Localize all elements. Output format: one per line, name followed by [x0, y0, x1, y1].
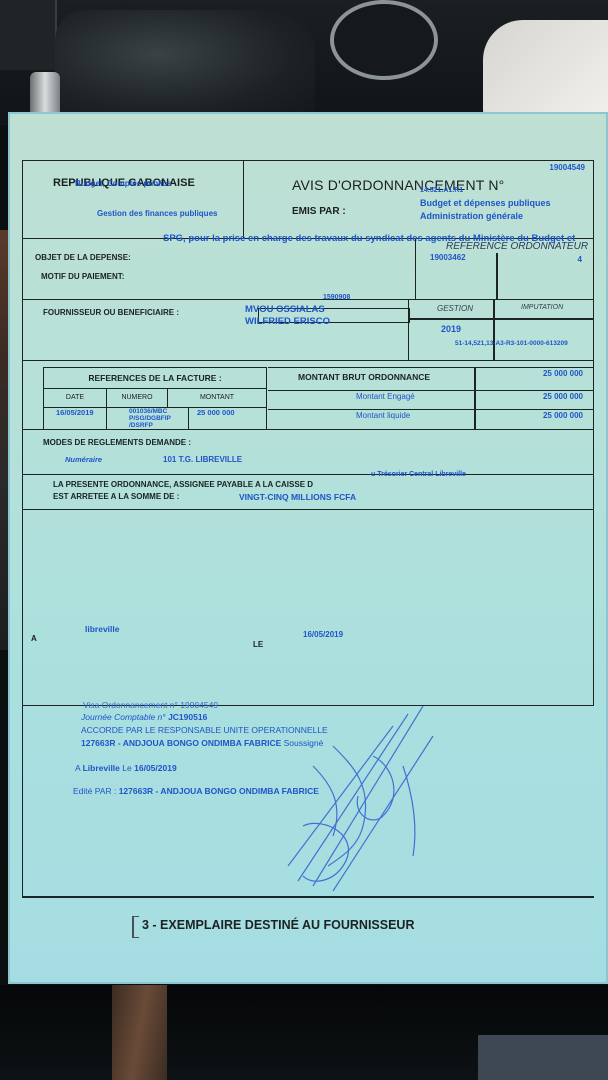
invoice-amount-cell: 25 000 000	[189, 408, 266, 430]
invoice-date-cell: 16/05/2019	[44, 408, 107, 430]
supplier-section: FOURNISSEUR OU BENEFICIAIRE : 1590908 MV…	[22, 300, 594, 361]
amount-statement-section: u Trésorier Central Libreville LA PRESEN…	[22, 475, 594, 510]
gestion-value: 2019	[441, 324, 461, 334]
gross-amount-value: 25 000 000	[543, 369, 583, 378]
supplier-name-line-2: WILFRIED ERISCO	[245, 316, 330, 327]
net-amount-row: Montant liquide 25 000 000	[268, 410, 593, 430]
net-amount-label: Montant liquide	[356, 411, 410, 420]
issued-by-label: EMIS PAR :	[292, 206, 346, 217]
issuer-line-1: Budget et dépenses publiques	[420, 198, 551, 208]
form-sheet: REPUBLIQUE GABONAISE Budget, Comptes pub…	[22, 160, 594, 898]
date-label: LE	[253, 640, 263, 649]
invoice-references-table: REFERENCES DE LA FACTURE : DATE NUMERO M…	[43, 367, 267, 430]
column-header-montant: MONTANT	[168, 389, 266, 407]
amounts-table: MONTANT BRUT ORDONNANCE 25 000 000 Monta…	[268, 367, 593, 430]
document-title: AVIS D'ORDONNANCEMENT N°	[292, 177, 504, 193]
journal-line: Journée Comptable n° JC190516	[81, 712, 207, 722]
journal-label: Journée Comptable n°	[81, 712, 166, 722]
committed-amount-label: Montant Engagé	[356, 392, 415, 401]
journal-value: JC190516	[168, 712, 207, 722]
supplier-label: FOURNISSEUR OU BENEFICIAIRE :	[43, 308, 179, 317]
statement-line-2: EST ARRETEE A LA SOMME DE :	[53, 492, 179, 501]
signatory-name: 127663R - ANDJOUA BONGO ONDIMBA FABRICE	[81, 738, 281, 748]
invoice-date: 16/05/2019	[44, 408, 94, 417]
signed-at-le: Le	[122, 763, 131, 773]
dashboard-console	[55, 10, 315, 120]
treasury-office: 101 T.G. LIBREVILLE	[163, 455, 242, 464]
ordonnateur-reference-box: REFERENCE ORDONNATEUR 19003462 4	[415, 239, 594, 299]
divider	[496, 253, 498, 299]
place-value: libreville	[85, 624, 120, 634]
ordonnateur-reference-label: REFERENCE ORDONNATEUR	[446, 241, 588, 252]
divider	[409, 318, 594, 320]
air-vent	[330, 0, 438, 80]
supplier-id: 1590908	[323, 294, 350, 301]
payment-reason-label: MOTIF DU PAIEMENT:	[41, 272, 124, 281]
invoice-number: 001036/MBC P/SG/DGBFIP /DSRFP	[107, 408, 189, 430]
copy-destination-note: 3 - EXEMPLAIRE DESTINÉ AU FOURNISSEUR	[142, 918, 415, 932]
statement-line-1: LA PRESENTE ORDONNANCE, ASSIGNEE PAYABLE…	[53, 480, 313, 489]
signed-at-line: A Libreville Le 16/05/2019	[75, 763, 177, 773]
visa-line: Visa Ordonnancement n° 19004549	[83, 700, 218, 710]
header-right-cell: 19004549 AVIS D'ORDONNANCEMENT N° 14.521…	[244, 161, 593, 238]
imputation-value: 51-14,521,13-A3-R3-101-0000-613209	[455, 340, 568, 347]
payment-modes-section: MODES DE REGLEMENTS DEMANDE : Numéraire …	[22, 430, 594, 475]
payment-mode: Numéraire	[65, 455, 102, 464]
amount-in-words: VINGT-CINQ MILLIONS FCFA	[239, 492, 356, 502]
visa-section: Visa Ordonnancement n° 19004549 Journée …	[22, 706, 594, 898]
ordonnateur-reference-index: 4	[578, 255, 582, 264]
header-left-cell: REPUBLIQUE GABONAISE Budget, Comptes pub…	[23, 161, 244, 238]
signed-at-prefix: A	[75, 763, 80, 773]
footer-bracket	[132, 916, 139, 938]
ordonnateur-reference-value: 19003462	[430, 253, 466, 262]
dashboard-switch-panel	[0, 0, 57, 70]
gestion-imputation-box: GESTION IMPUTATION 2019 51-14,521,13-A3-…	[408, 300, 594, 360]
country-overprint: Budget, Comptes publics	[75, 179, 171, 188]
place-date-section: A libreville LE 16/05/2019	[22, 510, 594, 706]
supplier-name-line-1: MVOU OSSIALAS	[245, 304, 325, 315]
table-row: 16/05/2019 001036/MBC P/SG/DGBFIP /DSRFP…	[44, 408, 266, 430]
treasury-overprint: u Trésorier Central Libreville	[371, 471, 466, 478]
invoice-references-title: REFERENCES DE LA FACTURE :	[44, 368, 266, 389]
invoice-amount: 25 000 000	[189, 408, 235, 417]
imputation-label: IMPUTATION	[521, 304, 563, 311]
net-amount-value: 25 000 000	[543, 411, 583, 420]
background-corner	[478, 1035, 608, 1080]
place-label: A	[31, 634, 37, 643]
committed-amount-row: Montant Engagé 25 000 000	[268, 391, 593, 410]
edited-by-label: Edité PAR :	[73, 786, 116, 796]
payment-order-document: REPUBLIQUE GABONAISE Budget, Comptes pub…	[8, 112, 608, 984]
gross-amount-row: MONTANT BRUT ORDONNANCE 25 000 000	[268, 368, 593, 391]
date-value: 16/05/2019	[303, 630, 343, 639]
expense-object-label: OBJET DE LA DEPENSE:	[35, 253, 131, 262]
column-header-date: DATE	[44, 389, 107, 407]
background-car-dashboard	[0, 0, 608, 125]
signature-scribble	[273, 706, 443, 896]
expense-section: SPG, pour la prise en charge des travaux…	[22, 238, 594, 300]
committed-amount-value: 25 000 000	[543, 392, 583, 401]
column-header-numero: NUMERO	[107, 389, 168, 407]
order-number: 19004549	[549, 163, 585, 172]
signed-at-date: 16/05/2019	[134, 763, 177, 773]
issuer-code: 14.521.A1.R1	[420, 187, 463, 194]
signed-at-city: Libreville	[83, 763, 120, 773]
wood-trim	[112, 985, 167, 1080]
ministry-unit: Gestion des finances publiques	[97, 209, 217, 218]
divider	[493, 300, 495, 360]
issuer-line-2: Administration générale	[420, 211, 523, 221]
invoice-table-header: DATE NUMERO MONTANT	[44, 389, 266, 408]
invoice-section: REFERENCES DE LA FACTURE : DATE NUMERO M…	[22, 361, 594, 430]
white-cloth	[483, 20, 608, 120]
gross-amount-label: MONTANT BRUT ORDONNANCE	[298, 372, 430, 382]
form-header: REPUBLIQUE GABONAISE Budget, Comptes pub…	[22, 160, 594, 238]
gestion-label: GESTION	[437, 304, 473, 313]
payment-modes-label: MODES DE REGLEMENTS DEMANDE :	[43, 438, 191, 447]
